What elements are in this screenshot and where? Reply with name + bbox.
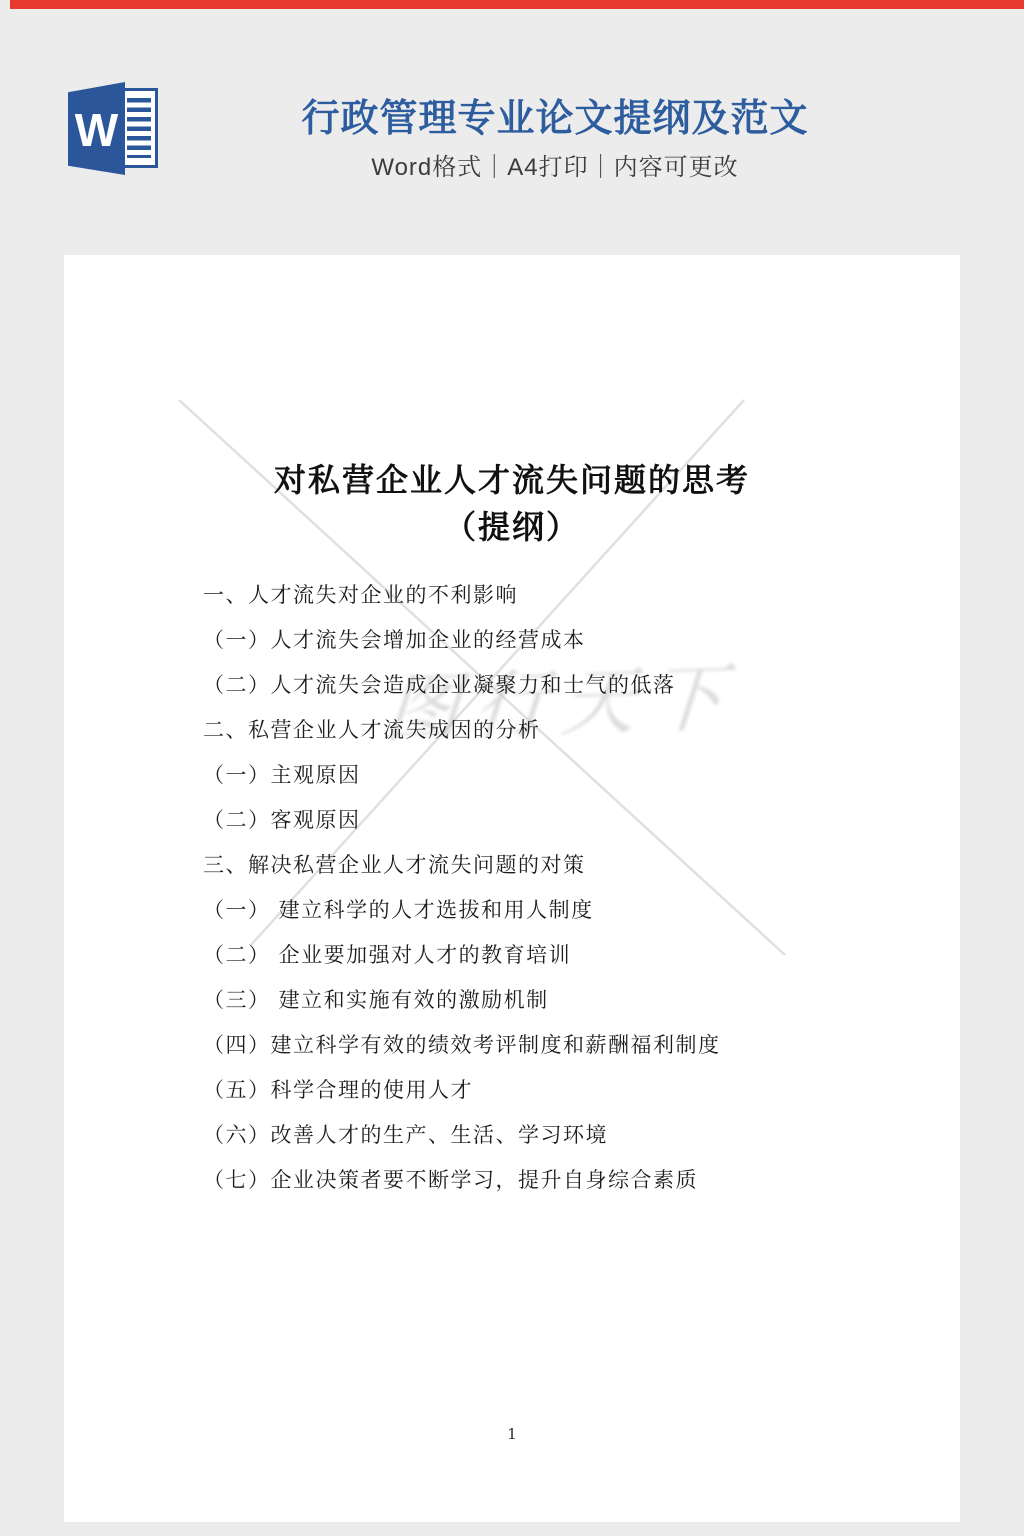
template-subtitle: Word格式｜A4打印｜内容可更改 (86, 154, 1024, 182)
document-title-line1: 对私营企业人才流失问题的思考 (64, 457, 960, 504)
outline-item: （七）企业决策者要不断学习，提升自身综合素质 (203, 1156, 920, 1201)
header-text-block: 行政管理专业论文提纲及范文 Word格式｜A4打印｜内容可更改 (86, 0, 1024, 182)
outline-item: （四）建立科学有效的绩效考评制度和薪酬福利制度 (203, 1021, 920, 1066)
outline-item: （一） 建立科学的人才选拔和用人制度 (203, 886, 920, 931)
outline-item: 二、私营企业人才流失成因的分析 (203, 706, 920, 751)
outline-item: （一）人才流失会增加企业的经营成本 (203, 616, 920, 661)
outline-item: （六）改善人才的生产、生活、学习环境 (203, 1111, 920, 1156)
outline-list: 一、人才流失对企业的不利影响 （一）人才流失会增加企业的经营成本 （二）人才流失… (203, 571, 920, 1201)
document-title-line2: （提纲） (64, 504, 960, 551)
outline-item: 一、人才流失对企业的不利影响 (203, 571, 920, 616)
outline-item: （二）客观原因 (203, 796, 920, 841)
outline-item: （五）科学合理的使用人才 (203, 1066, 920, 1111)
template-header: W 行政管理专业论文提纲及范文 Word格式｜A4打印｜内容可更改 (0, 0, 1024, 255)
outline-item: 三、解决私营企业人才流失问题的对策 (203, 841, 920, 886)
outline-item: （二） 企业要加强对人才的教育培训 (203, 931, 920, 976)
outline-item: （一）主观原因 (203, 751, 920, 796)
document-title: 对私营企业人才流失问题的思考 （提纲） (64, 457, 960, 551)
screenshot-root: { "header": { "accent_bar_color": "#e839… (0, 0, 1024, 1536)
outline-item: （三） 建立和实施有效的激励机制 (203, 976, 920, 1021)
document-page: 图行天下 对私营企业人才流失问题的思考 （提纲） 一、人才流失对企业的不利影响 … (64, 255, 960, 1522)
template-title: 行政管理专业论文提纲及范文 (86, 97, 1024, 141)
outline-item: （二）人才流失会造成企业凝聚力和士气的低落 (203, 661, 920, 706)
page-number: 1 (64, 1425, 960, 1443)
